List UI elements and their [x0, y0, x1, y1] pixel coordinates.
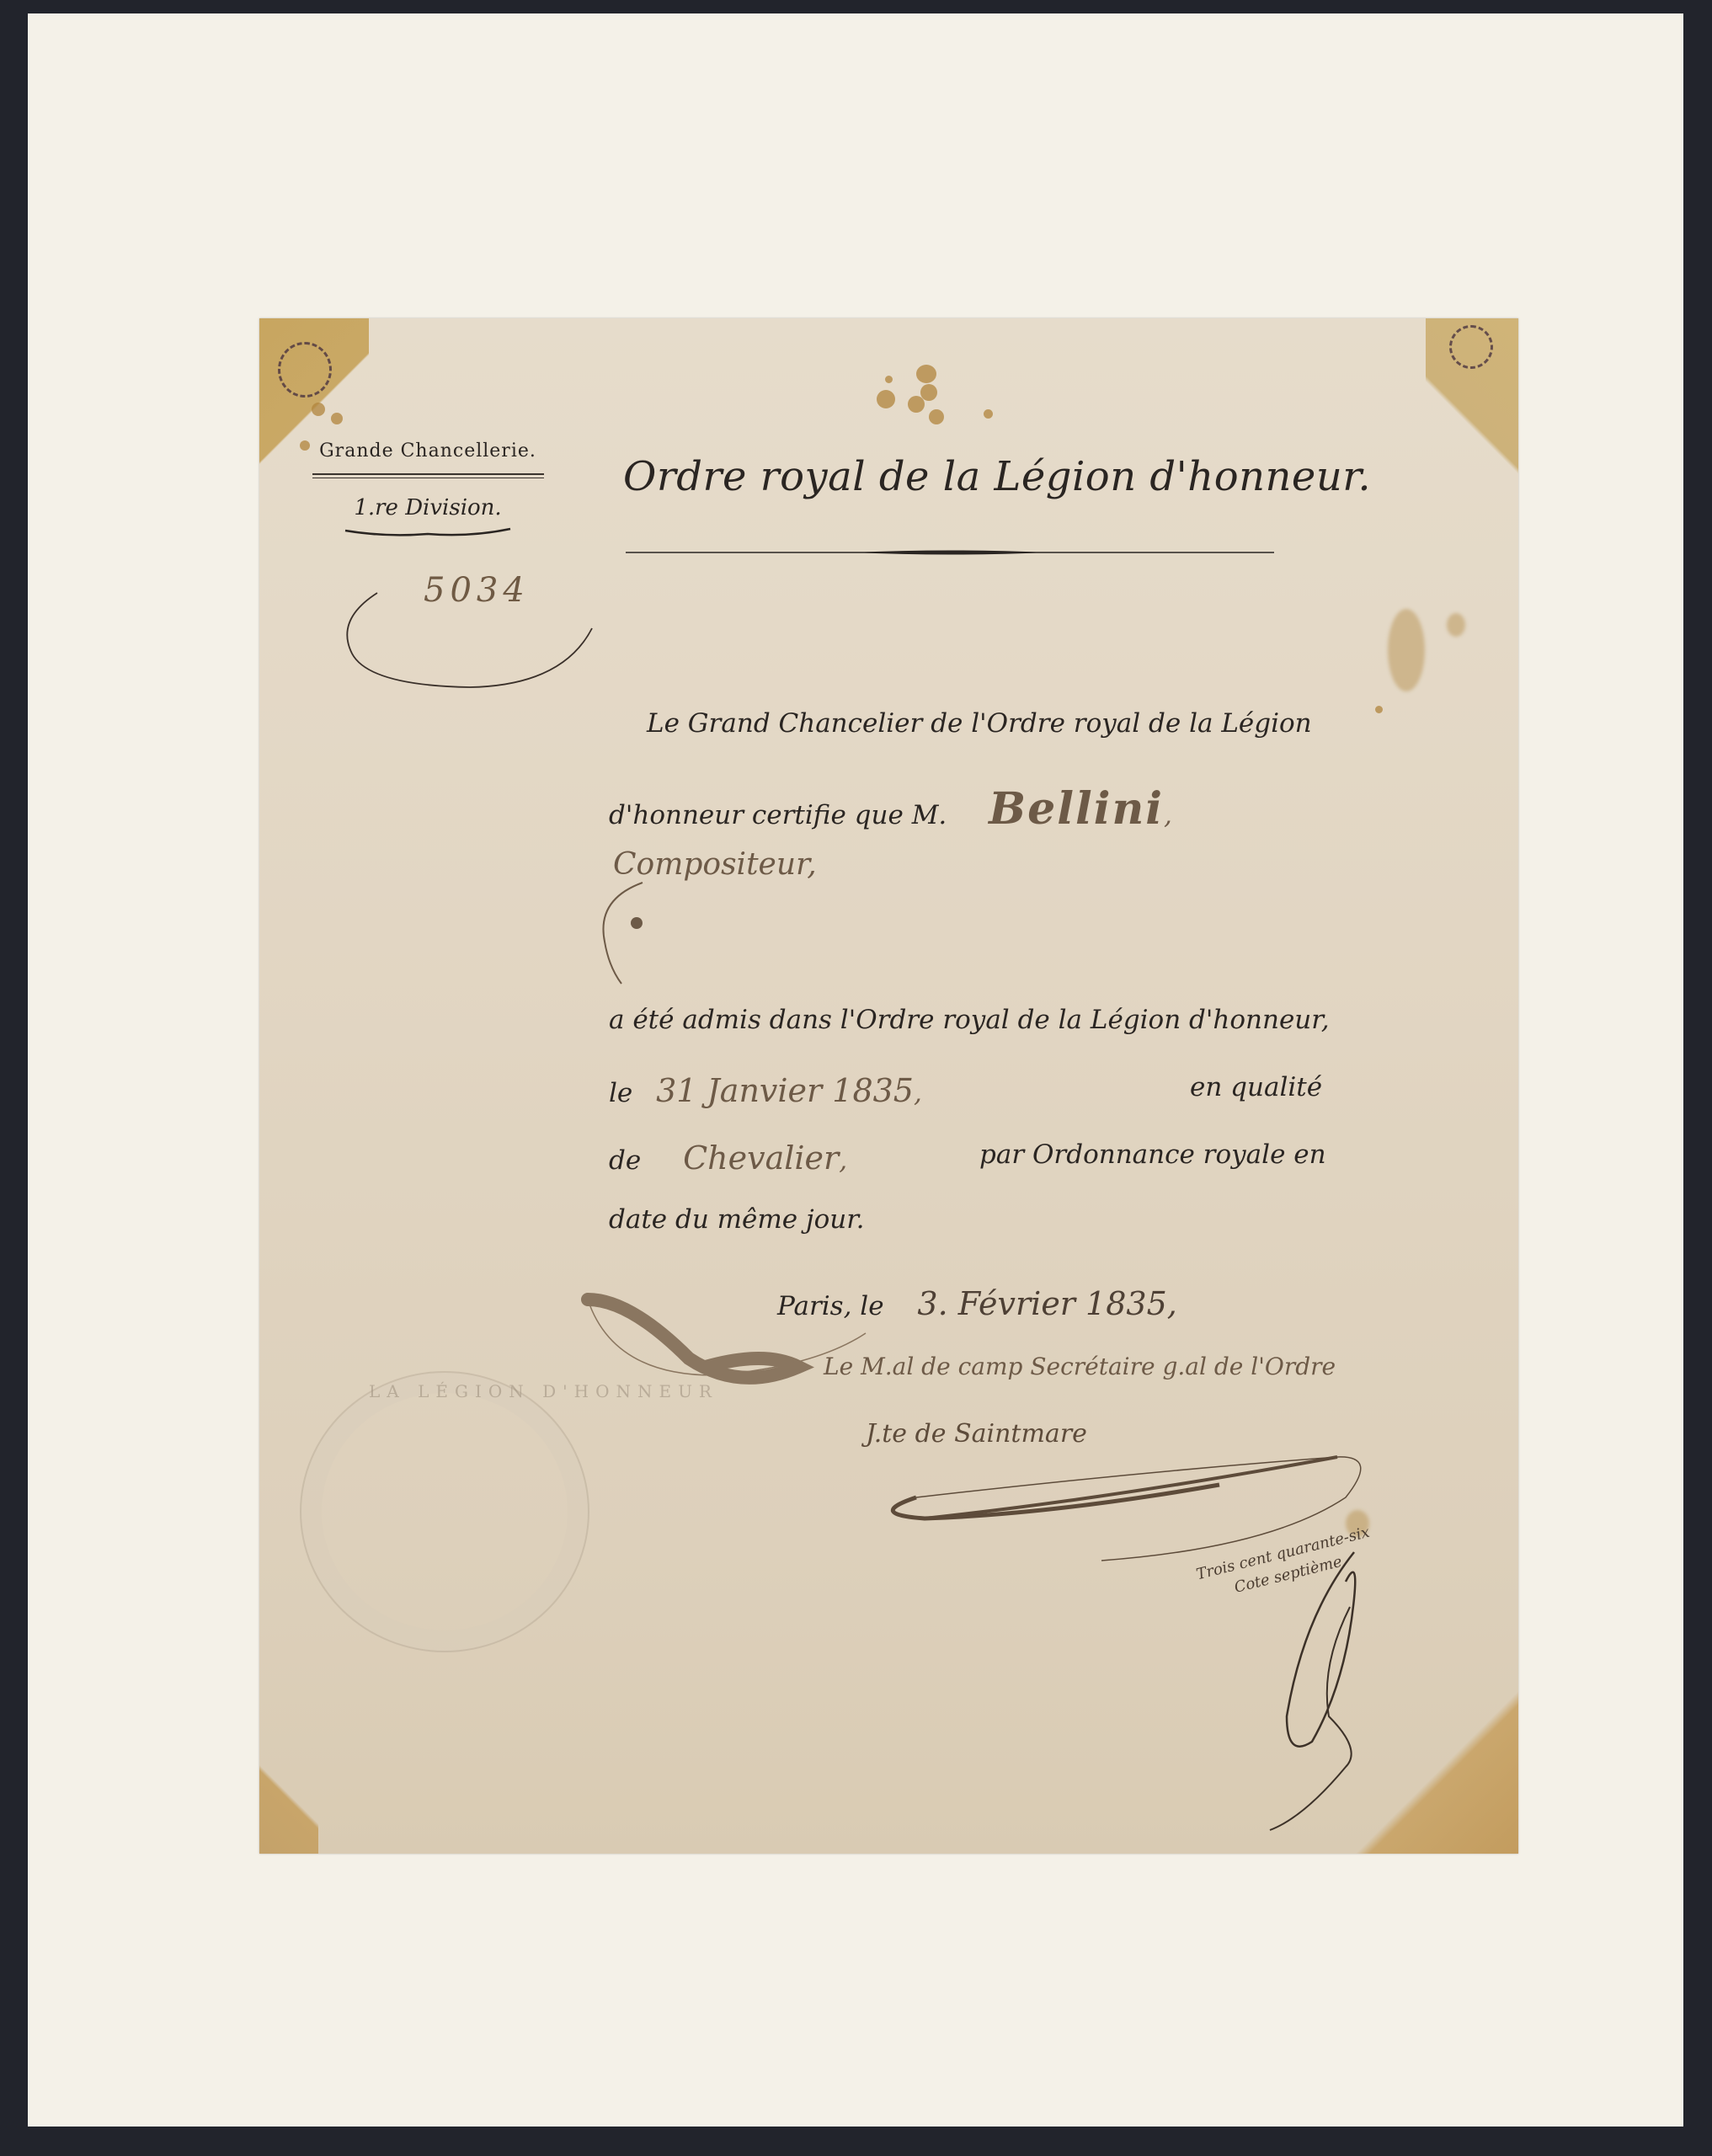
profession-comma: , [807, 847, 816, 882]
certificate-sheet: Grande Chancellerie. 1.re Division. 5034… [259, 318, 1518, 1854]
swash-divider [344, 527, 512, 537]
le-text: le [609, 1078, 632, 1108]
in-quality-text: en qualité [1190, 1072, 1322, 1102]
issue-date: 3. Février 1835, [917, 1285, 1176, 1322]
postmark-top-right [1449, 325, 1493, 369]
signatory-name: J.te de Saintmare [866, 1419, 1087, 1449]
rank: Chevalier [683, 1139, 839, 1177]
division-label: 1.re Division. [306, 495, 550, 520]
title-rule [626, 548, 1274, 557]
body-line-3: a été admis dans l'Ordre royal de la Lég… [609, 1005, 1330, 1035]
foxing-spot [1375, 706, 1383, 713]
recipient-name: Bellini [989, 783, 1164, 835]
document-title: Ordre royal de la Légion d'honneur. [623, 453, 1371, 500]
profession-flourish [596, 874, 664, 992]
foxing-spot [312, 403, 325, 416]
office-header: Grande Chancellerie. 1.re Division. [306, 440, 550, 541]
admission-date: 31 Janvier 1835 [656, 1072, 914, 1109]
signatory-title: Le M.al de camp Secrétaire g.al de l'Ord… [824, 1353, 1336, 1380]
foxing-spot [984, 409, 993, 419]
office-name: Grande Chancellerie. [306, 440, 550, 462]
water-stain [1388, 609, 1425, 691]
mat-board: Grande Chancellerie. 1.re Division. 5034… [28, 13, 1683, 2127]
register-bracket-flourish [344, 586, 596, 696]
recipient-name-comma: , [1164, 800, 1172, 830]
certify-text: d'honneur certifie que M. [609, 800, 947, 830]
foxing-spot [908, 396, 925, 413]
paraph-flourish [1253, 1548, 1388, 1834]
body-line-6: date du même jour. [609, 1204, 865, 1235]
foxing-spot [916, 365, 936, 383]
ordinance-text: par Ordonnance royale en [979, 1139, 1326, 1170]
de-text: de [609, 1145, 641, 1176]
embossed-seal [300, 1371, 589, 1652]
seal-inscription: LA LÉGION D'HONNEUR [369, 1381, 718, 1401]
body-line-2: d'honneur certifie que M. Bellini, [609, 783, 1172, 835]
body-line-1: Le Grand Chancelier de l'Ordre royal de … [647, 708, 1312, 739]
body-line-4: le 31 Janvier 1835, en qualité [609, 1072, 1501, 1109]
double-rule-divider [312, 473, 544, 478]
foxing-spot [877, 390, 895, 408]
corner-stain-bottom-left [259, 1727, 318, 1854]
postmark-top-left [278, 342, 332, 398]
foxing-spot [885, 376, 893, 383]
body-line-5: de Chevalier, par Ordonnance royale en [609, 1139, 1501, 1177]
foxing-spot [929, 409, 944, 424]
foxing-spot [331, 413, 343, 424]
water-stain [1447, 613, 1465, 637]
